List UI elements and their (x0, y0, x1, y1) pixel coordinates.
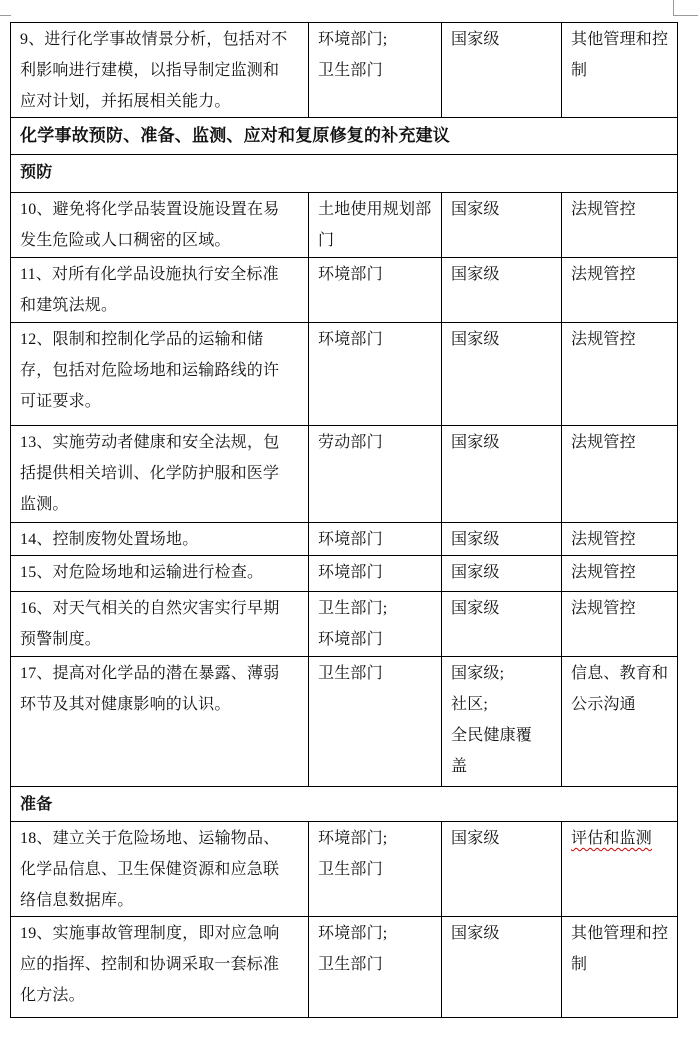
department-cell: 环境部门; 卫生部门 (309, 822, 442, 917)
previous-row-border-right-horizontal (673, 15, 698, 16)
table-row-measure-14: 14、控制废物处置场地。 环境部门 国家级 法规管控 (11, 523, 678, 556)
measure-cell: 15、对危险场地和运输进行检查。 (11, 556, 309, 592)
department-cell: 环境部门 (309, 556, 442, 592)
level-cell: 国家级 (442, 23, 562, 118)
measure-cell: 13、实施劳动者健康和安全法规，包 括提供相关培训、化学防护服和医学 监测。 (11, 426, 309, 523)
measure-cell: 17、提高对化学品的潜在暴露、薄弱 环节及其对健康影响的认识。 (11, 657, 309, 787)
category-cell: 法规管控 (562, 592, 678, 657)
table-row-measure-19: 19、实施事故管理制度，即对应急响 应的指挥、控制和协调采取一套标准 化方法。 … (11, 917, 678, 1018)
department-cell: 土地使用规划部 门 (309, 193, 442, 258)
table-row-measure-10: 10、避免将化学品装置设施设置在易 发生危险或人口稠密的区域。 土地使用规划部 … (11, 193, 678, 258)
level-cell: 国家级 (442, 917, 562, 1018)
level-cell: 国家级 (442, 523, 562, 556)
table-row-measure-16: 16、对天气相关的自然灾害实行早期 预警制度。 卫生部门; 环境部门 国家级 法… (11, 592, 678, 657)
level-cell: 国家级 (442, 258, 562, 323)
preparation-subheading: 准备 (11, 787, 678, 822)
measure-cell: 9、进行化学事故情景分析，包括对不 利影响进行建模，以指导制定监测和 应对计划，… (11, 23, 309, 118)
table-row-measure-12: 12、限制和控制化学品的运输和储 存，包括对危险场地和运输路线的许 可证要求。 … (11, 323, 678, 426)
department-cell: 环境部门 (309, 523, 442, 556)
level-cell: 国家级 (442, 592, 562, 657)
table-row-measure-17: 17、提高对化学品的潜在暴露、薄弱 环节及其对健康影响的认识。 卫生部门 国家级… (11, 657, 678, 787)
level-cell: 国家级; 社区; 全民健康覆 盖 (442, 657, 562, 787)
table-row-subsection-prevention: 预防 (11, 155, 678, 193)
department-cell: 卫生部门 (309, 657, 442, 787)
category-cell: 其他管理和控 制 (562, 917, 678, 1018)
category-cell: 评估和监测 (562, 822, 678, 917)
measure-cell: 16、对天气相关的自然灾害实行早期 预警制度。 (11, 592, 309, 657)
level-cell: 国家级 (442, 556, 562, 592)
category-cell: 法规管控 (562, 556, 678, 592)
recommendations-table: 9、进行化学事故情景分析，包括对不 利影响进行建模，以指导制定监测和 应对计划，… (10, 22, 678, 1018)
recommendations-table-wrapper: 9、进行化学事故情景分析，包括对不 利影响进行建模，以指导制定监测和 应对计划，… (10, 22, 678, 1018)
measure-cell: 19、实施事故管理制度，即对应急响 应的指挥、控制和协调采取一套标准 化方法。 (11, 917, 309, 1018)
table-row-measure-18: 18、建立关于危险场地、运输物品、 化学品信息、卫生保健资源和应急联 络信息数据… (11, 822, 678, 917)
category-cell: 法规管控 (562, 323, 678, 426)
level-cell: 国家级 (442, 426, 562, 523)
department-cell: 劳动部门 (309, 426, 442, 523)
table-row-measure-13: 13、实施劳动者健康和安全法规，包 括提供相关培训、化学防护服和医学 监测。 劳… (11, 426, 678, 523)
table-row-subsection-preparation: 准备 (11, 787, 678, 822)
supplementary-recommendations-heading: 化学事故预防、准备、监测、应对和复原修复的补充建议 (11, 118, 678, 155)
category-cell: 法规管控 (562, 523, 678, 556)
level-cell: 国家级 (442, 323, 562, 426)
previous-row-border-right-vertical (673, 0, 674, 16)
table-row-measure-11: 11、对所有化学品设施执行安全标准 和建筑法规。 环境部门 国家级 法规管控 (11, 258, 678, 323)
department-cell: 环境部门 (309, 323, 442, 426)
level-cell: 国家级 (442, 822, 562, 917)
level-cell: 国家级 (442, 193, 562, 258)
spellcheck-underlined-text: 评估和监测 (571, 830, 652, 847)
category-cell: 其他管理和控 制 (562, 23, 678, 118)
table-row-measure-15: 15、对危险场地和运输进行检查。 环境部门 国家级 法规管控 (11, 556, 678, 592)
department-cell: 环境部门 (309, 258, 442, 323)
department-cell: 环境部门; 卫生部门 (309, 23, 442, 118)
measure-cell: 14、控制废物处置场地。 (11, 523, 309, 556)
table-row-measure-9: 9、进行化学事故情景分析，包括对不 利影响进行建模，以指导制定监测和 应对计划，… (11, 23, 678, 118)
department-cell: 环境部门; 卫生部门 (309, 917, 442, 1018)
measure-cell: 10、避免将化学品装置设施设置在易 发生危险或人口稠密的区域。 (11, 193, 309, 258)
department-cell: 卫生部门; 环境部门 (309, 592, 442, 657)
measure-cell: 18、建立关于危险场地、运输物品、 化学品信息、卫生保健资源和应急联 络信息数据… (11, 822, 309, 917)
category-cell: 法规管控 (562, 426, 678, 523)
category-cell: 法规管控 (562, 258, 678, 323)
category-cell: 法规管控 (562, 193, 678, 258)
measure-cell: 12、限制和控制化学品的运输和储 存，包括对危险场地和运输路线的许 可证要求。 (11, 323, 309, 426)
measure-cell: 11、对所有化学品设施执行安全标准 和建筑法规。 (11, 258, 309, 323)
table-row-section-title: 化学事故预防、准备、监测、应对和复原修复的补充建议 (11, 118, 678, 155)
previous-row-border-left (0, 15, 11, 16)
document-page: 9、进行化学事故情景分析，包括对不 利影响进行建模，以指导制定监测和 应对计划，… (0, 0, 698, 1040)
category-cell: 信息、教育和 公示沟通 (562, 657, 678, 787)
prevention-subheading: 预防 (11, 155, 678, 193)
